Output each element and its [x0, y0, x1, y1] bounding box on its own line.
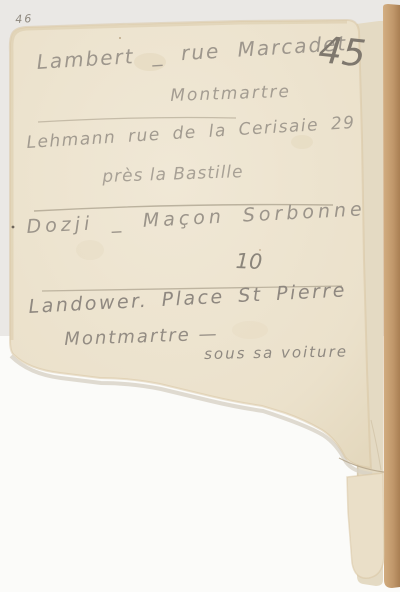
torn-page-remnant	[347, 473, 384, 578]
book-cover-edge	[383, 4, 400, 588]
notebook-scan: 46 Lambert _ rue Marcadet 45 Montmartre …	[0, 0, 400, 592]
torn-page-graphic	[0, 0, 400, 592]
